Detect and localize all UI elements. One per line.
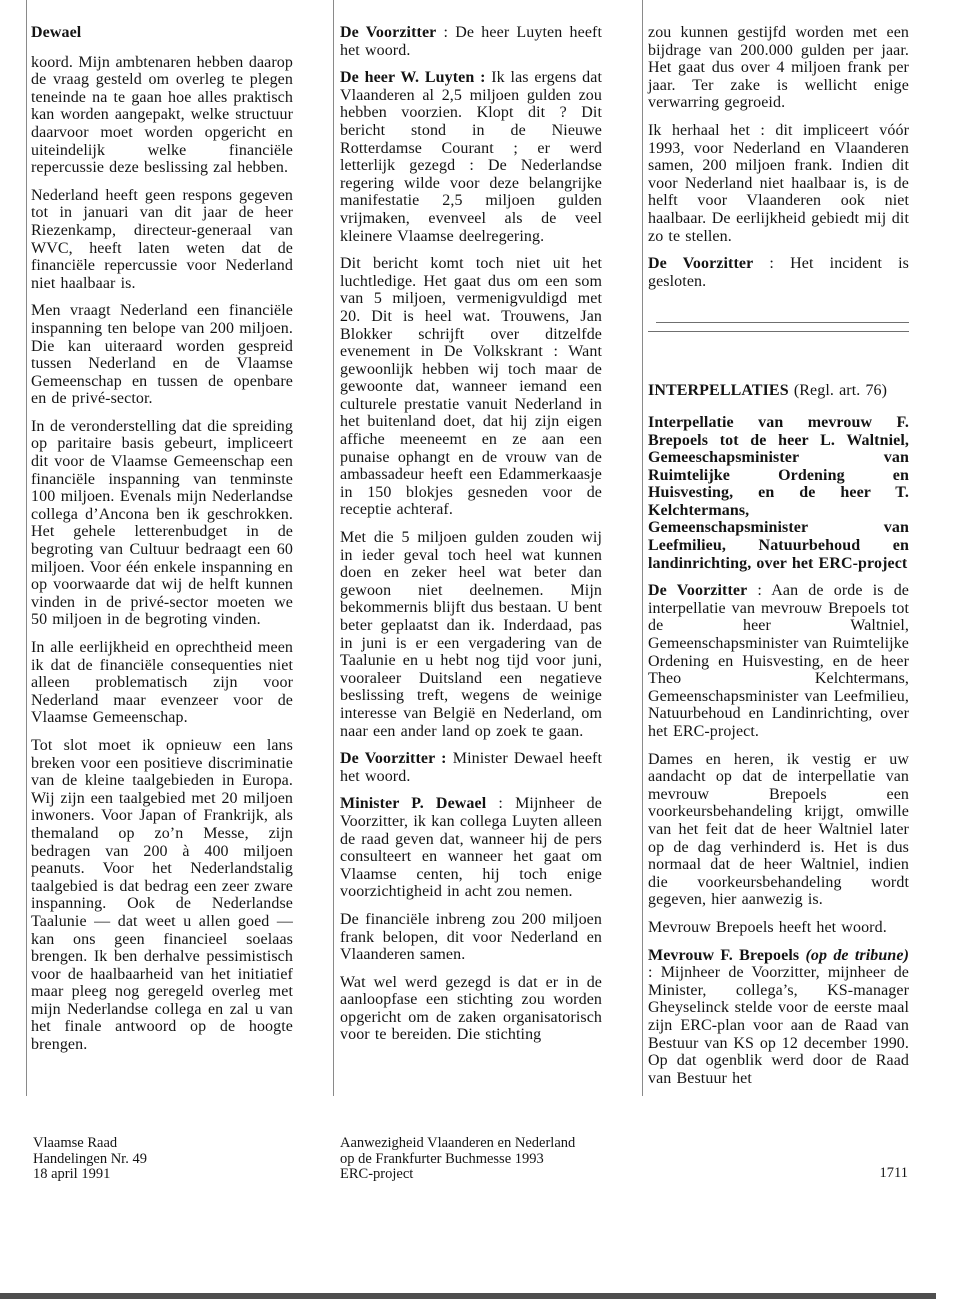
paragraph: Tot slot moet ik opnieuw een lans breken… [31,737,293,1054]
column-rule-right [642,0,643,1096]
paragraph: De financiële inbreng zou 200 miljoen fr… [340,911,602,964]
section-heading: INTERPELLATIES (Regl. art. 76) [648,382,909,400]
paragraph: Dit bericht komt toch niet uit het lucht… [340,255,602,519]
paragraph: Wat wel werd gezegd is dat er in de aanl… [340,974,602,1044]
paragraph: Met die 5 miljoen gulden zouden wij in i… [340,529,602,740]
paragraph: Mevrouw F. Brepoels (op de tribune) : Mi… [648,947,909,1088]
footer-publication-info: Vlaamse Raad Handelingen Nr. 49 18 april… [33,1136,147,1183]
text-run: De Voorzitter [648,582,747,599]
text-run: De Voorzitter [648,255,753,272]
text-run: De heer W. Luyten : [340,69,486,86]
text-run: De Voorzitter : [340,750,447,767]
paragraph: In alle eerlijkheid en oprechtheid meen … [31,639,293,727]
text-run: Dit bericht komt toch niet uit het lucht… [340,255,602,518]
paragraph: koord. Mijn ambtenaren hebben daarop de … [31,54,293,177]
text-run: zou kunnen gestijfd worden met een bijdr… [648,24,909,111]
speaker-name-heading: Dewael [31,24,293,42]
text-run: Mevrouw Brepoels heeft het woord. [648,919,887,936]
paragraph: De Voorzitter : Minister Dewael heeft he… [340,750,602,785]
text-run: Ik herhaal het : dit impliceert vóór 199… [648,122,909,245]
footer-line: Aanwezigheid Vlaanderen en Nederland [340,1136,575,1152]
paragraph: Mevrouw Brepoels heeft het woord. [648,919,909,937]
paragraph: zou kunnen gestijfd worden met een bijdr… [648,24,909,112]
interpellation-title: Interpellatie van mevrouw F. Brepoels to… [648,414,909,572]
text-column-2: De Voorzitter : De heer Luyten heeft het… [340,24,602,1054]
text-run: Wat wel werd gezegd is dat er in de aanl… [340,974,602,1044]
text-run: De financiële inbreng zou 200 miljoen fr… [340,911,602,963]
footer-article-info: Aanwezigheid Vlaanderen en Nederland op … [340,1136,575,1183]
footer-line: op de Frankfurter Buchmesse 1993 [340,1152,575,1168]
section-divider [648,322,909,332]
text-run: Tot slot moet ik opnieuw een lans breken… [31,737,293,1053]
text-column-3: zou kunnen gestijfd worden met een bijdr… [648,24,909,1097]
paragraph: In de veronderstelling dat die spreiding… [31,418,293,629]
text-column-1: Dewaelkoord. Mijn ambtenaren hebben daar… [31,24,293,1064]
paragraph: De Voorzitter : Aan de orde is de interp… [648,582,909,740]
text-run: (op de tribune) [805,947,909,964]
text-run: In alle eerlijkheid en oprechtheid meen … [31,639,293,726]
text-run: : Aan de orde is de interpellatie van me… [648,582,909,740]
text-run: In de veronderstelling dat die spreiding… [31,418,293,629]
footer-line: Vlaamse Raad [33,1136,147,1152]
divider-line [648,331,909,332]
text-run: De Voorzitter [340,24,436,41]
paragraph: De Voorzitter : De heer Luyten heeft het… [340,24,602,59]
footer-line: ERC-project [340,1167,575,1183]
text-run: Nederland heeft geen respons gegeven tot… [31,187,293,292]
text-run: Mevrouw F. Brepoels [648,947,805,964]
paragraph: Ik herhaal het : dit impliceert vóór 199… [648,122,909,245]
text-run: : Mijnheer de Voorzitter, mijnheer de Mi… [648,964,909,1087]
paragraph: De heer W. Luyten : Ik las ergens dat Vl… [340,69,602,245]
text-run: Minister P. Dewael [340,795,486,812]
bottom-scan-bar [0,1293,936,1299]
divider-line [656,322,909,323]
text-run: Ik las ergens dat Vlaanderen al 2,5 milj… [340,69,602,244]
text-run: Men vraagt Nederland een financiële insp… [31,302,293,407]
paragraph: Men vraagt Nederland een financiële insp… [31,302,293,408]
column-rule-middle [333,0,334,1096]
text-run: koord. Mijn ambtenaren hebben daarop de … [31,54,293,177]
paragraph: De Voorzitter : Het incident is gesloten… [648,255,909,290]
paragraph: Dames en heren, ik vestig er uw aandacht… [648,751,909,909]
text-run: (Regl. art. 76) [789,382,887,399]
text-run: Dames en heren, ik vestig er uw aandacht… [648,751,909,909]
text-run: Interpellatie van mevrouw F. Brepoels to… [648,414,909,572]
text-run: Dewael [31,24,81,41]
text-run: INTERPELLATIES [648,382,789,399]
column-rule-left [26,0,27,1096]
document-page: Dewaelkoord. Mijn ambtenaren hebben daar… [0,0,960,1300]
paragraph: Minister P. Dewael : Mijnheer de Voorzit… [340,795,602,901]
footer-line: Handelingen Nr. 49 [33,1152,147,1168]
page-number: 1711 [880,1166,908,1182]
footer-line: 18 april 1991 [33,1167,147,1183]
paragraph: Nederland heeft geen respons gegeven tot… [31,187,293,293]
text-run: Met die 5 miljoen gulden zouden wij in i… [340,529,602,740]
